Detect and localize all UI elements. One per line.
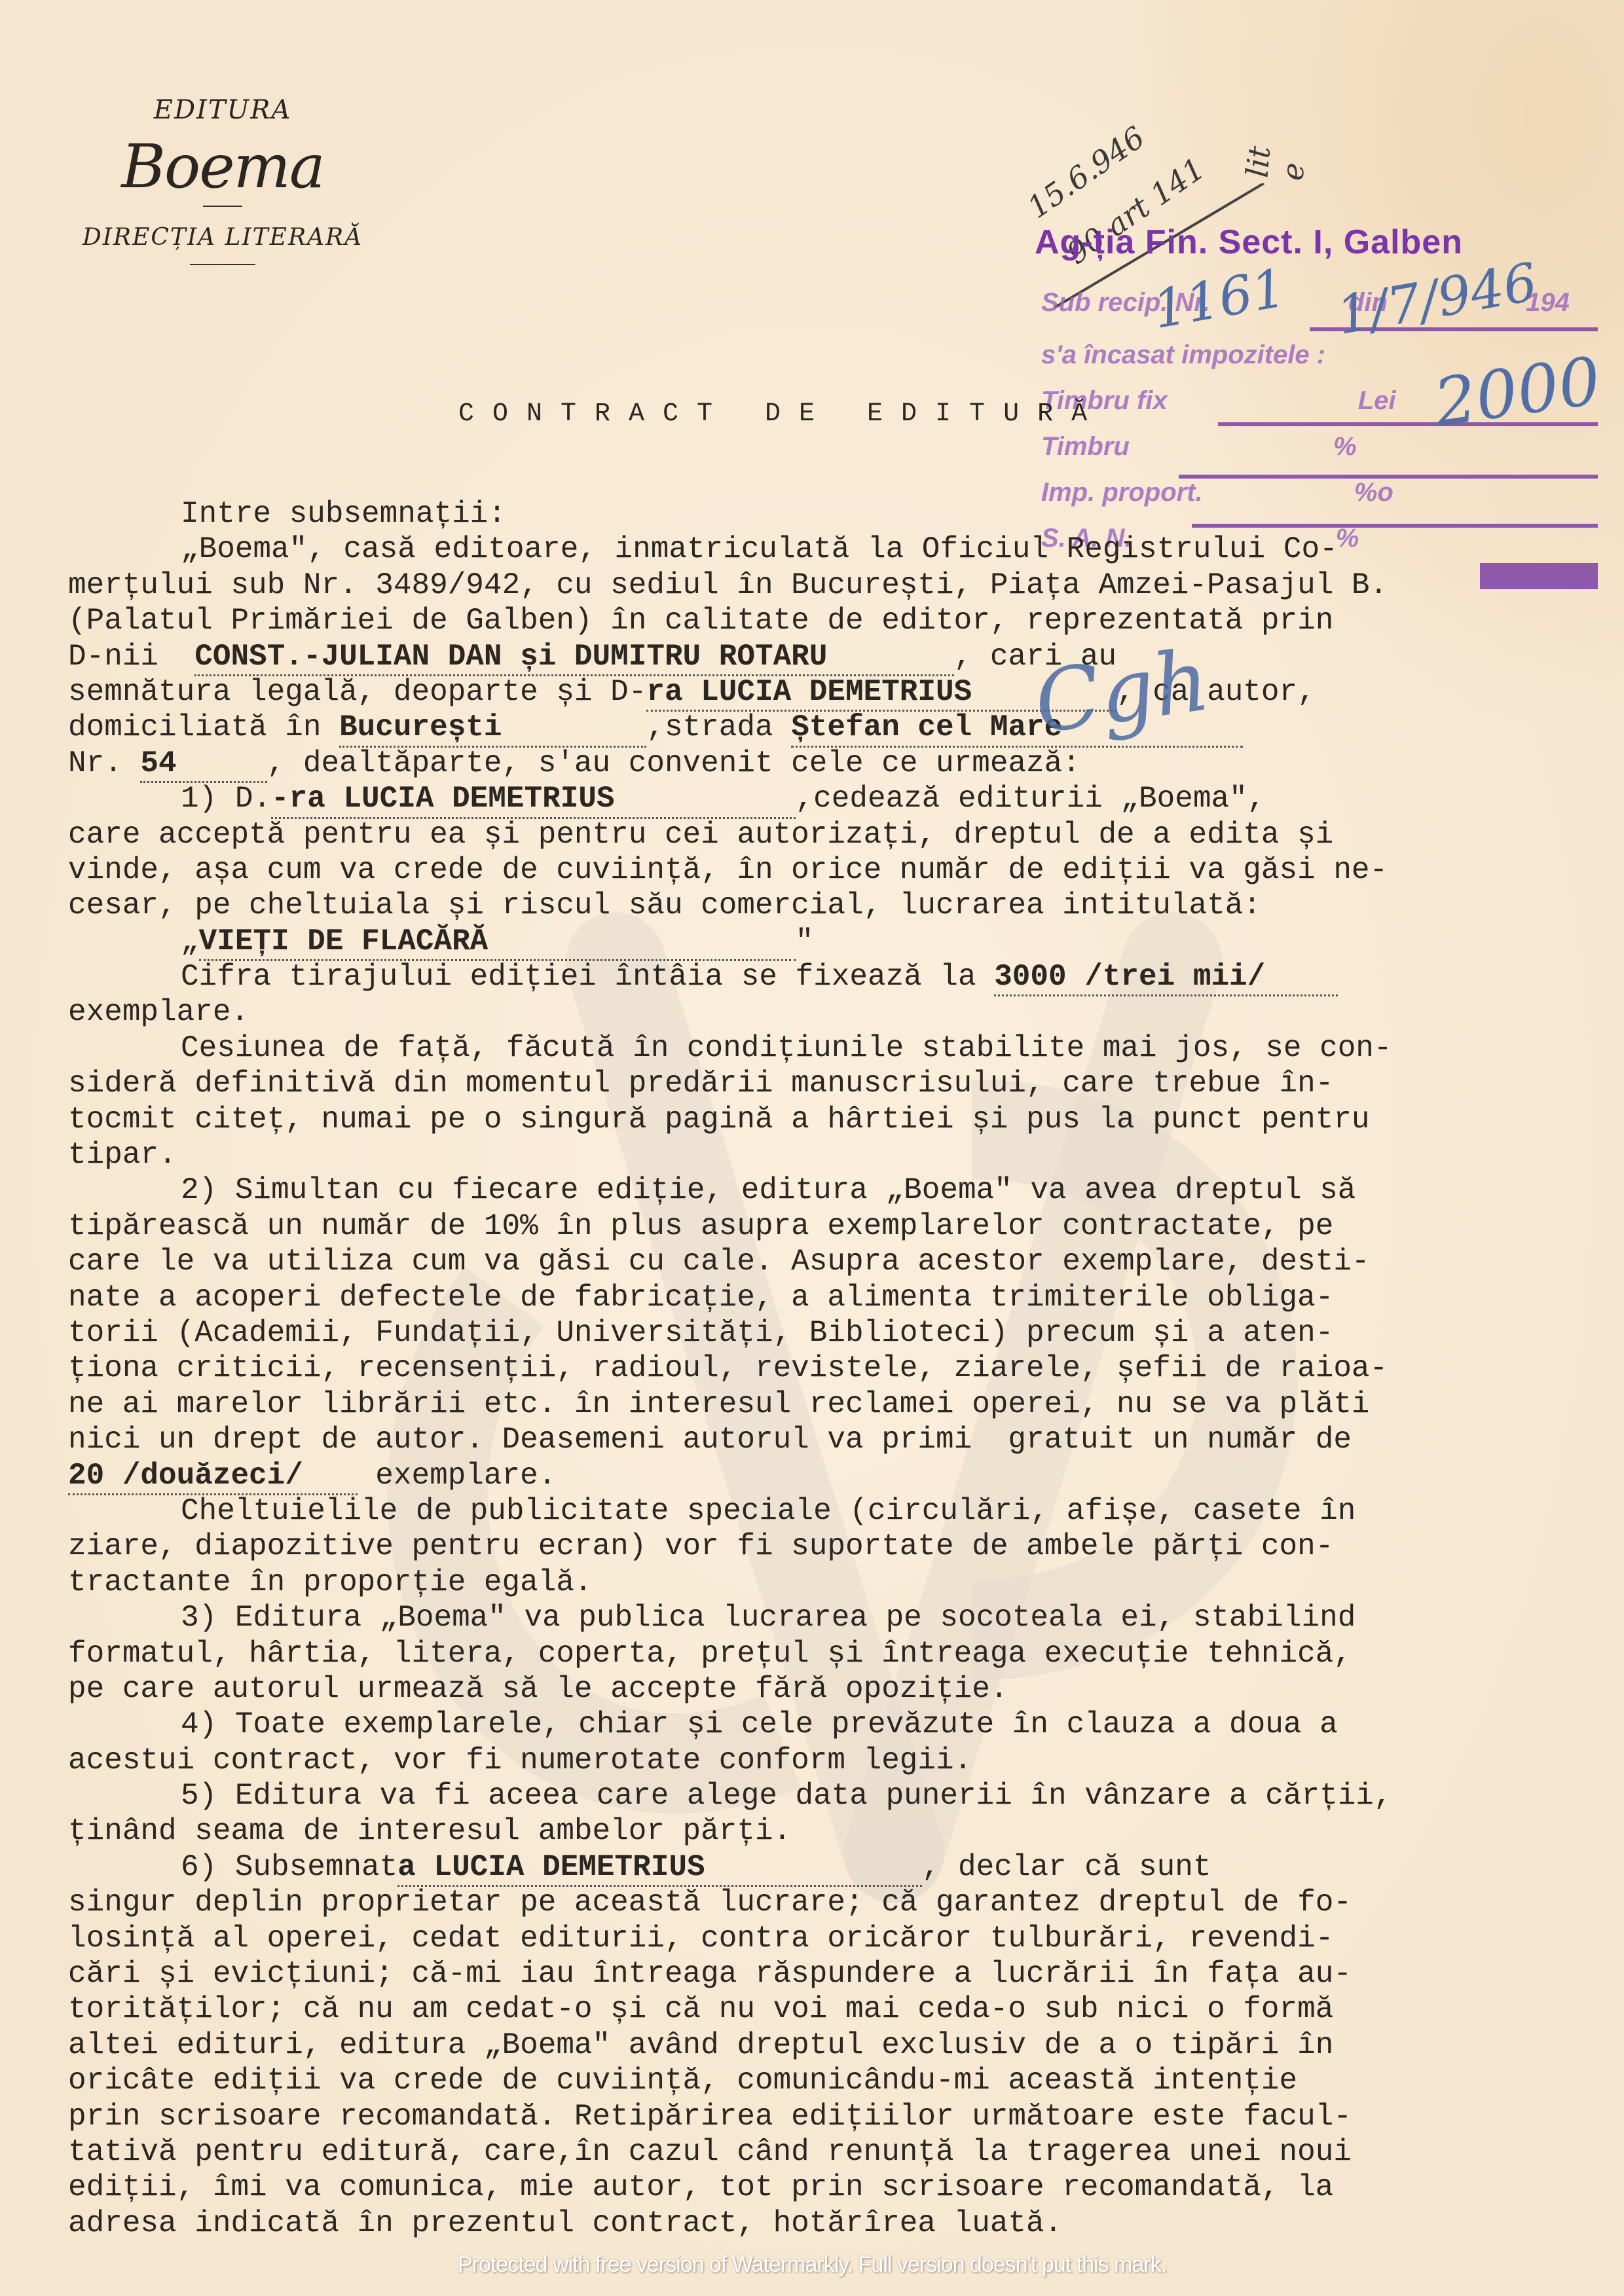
filled-field: 54 <box>140 746 267 783</box>
contract-text: nici un drept de autor. Deasemeni autoru… <box>68 1423 1352 1457</box>
contract-text: sideră definitivă din momentul predării … <box>68 1066 1333 1101</box>
contract-text: 4) Toate exemplarele, chiar și cele prev… <box>181 1707 1338 1741</box>
document-title: CONTRACT DE EDITURĂ <box>458 399 1105 429</box>
contract-line: 3) Editura „Boema" va publica lucrarea p… <box>68 1600 1476 1635</box>
filled-field: a LUCIA DEMETRIUS <box>397 1850 922 1887</box>
stamp-receipt-number: 1161 <box>1148 257 1290 340</box>
letterhead-editura: EDITURA <box>79 95 367 125</box>
contract-text: Nr. <box>68 746 140 780</box>
filled-field: București <box>339 710 646 747</box>
contract-line: singur deplin proprietar pe această lucr… <box>68 1885 1476 1920</box>
contract-text: torii (Academii, Fundații, Universități,… <box>68 1316 1333 1350</box>
contract-line: tipărească un număr de 10% în plus asupr… <box>68 1209 1476 1244</box>
contract-line: oricâte ediții va crede de cuviință, com… <box>68 2063 1476 2098</box>
contract-line: exemplare. <box>68 994 1476 1030</box>
contract-line: nici un drept de autor. Deasemeni autoru… <box>68 1422 1476 1457</box>
contract-text: 6) Subsemnat <box>181 1850 397 1884</box>
contract-line: Cifra tirajului ediției întâia se fixeaz… <box>68 959 1476 994</box>
contract-text: care le va utiliza cum va găsi cu cale. … <box>68 1245 1370 1279</box>
contract-line: Intre subsemnații: <box>68 496 1476 532</box>
contract-line: pe care autorul urmează să le accepte fă… <box>68 1671 1476 1707</box>
contract-text: nate a acoperi defectele de fabricație, … <box>68 1281 1333 1315</box>
contract-line: 5) Editura va fi aceea care alege data p… <box>68 1778 1476 1813</box>
contract-text: ,cedează editurii „Boema", <box>796 782 1266 816</box>
stamp-receipt-date: 1/7/946 <box>1332 251 1541 346</box>
contract-line: domiciliată în București ,strada Ștefan … <box>68 710 1476 745</box>
contract-text: tipar. <box>68 1138 177 1172</box>
contract-line: care le va utiliza cum va găsi cu cale. … <box>68 1244 1476 1279</box>
stamp-row-timbru: Timbru % <box>1041 432 1357 462</box>
contract-text: semnătura legală, deoparte și D- <box>68 675 646 709</box>
contract-text: D-nii <box>68 640 194 674</box>
contract-line: torităților; că nu am cedat-o și că nu v… <box>68 1992 1476 2027</box>
contract-text: 5) Editura va fi aceea care alege data p… <box>181 1779 1392 1813</box>
contract-line: ționa criticii, recensenții, radioul, re… <box>68 1351 1476 1386</box>
contract-text: exemplare. <box>68 995 249 1029</box>
contract-line: acestui contract, vor fi numerotate conf… <box>68 1743 1476 1778</box>
letterhead: EDITURA Boema DIRECȚIA LITERARĂ <box>79 95 367 265</box>
contract-line: care acceptă pentru ea și pentru cei aut… <box>68 817 1476 852</box>
contract-text: 1) D. <box>181 782 271 816</box>
contract-text: tipărească un număr de 10% în plus asupr… <box>68 1209 1333 1243</box>
contract-line: tipar. <box>68 1137 1476 1173</box>
contract-line: cesar, pe cheltuiala și riscul său comer… <box>68 888 1476 923</box>
contract-line: formatul, hârtia, litera, coperta, prețu… <box>68 1636 1476 1671</box>
contract-text: domiciliată în <box>68 710 339 744</box>
contract-text: merțului sub Nr. 3489/942, cu sediul în … <box>68 568 1388 602</box>
stamp-title: Ag-ția Fin. Sect. I, Galben <box>1035 223 1463 262</box>
contract-text: cesar, pe cheltuiala și riscul său comer… <box>68 888 1261 922</box>
contract-text: pe care autorul urmează să le accepte fă… <box>68 1672 1008 1706</box>
contract-text: cări și evicțiuni; că-mi iau întreaga ră… <box>68 1957 1352 1991</box>
contract-text: singur deplin proprietar pe această lucr… <box>68 1886 1352 1920</box>
contract-line: nate a acoperi defectele de fabricație, … <box>68 1280 1476 1315</box>
contract-line: altei edituri, editura „Boema" având dre… <box>68 2028 1476 2063</box>
filled-field: CONST.-JULIAN DAN și DUMITRU ROTARU <box>194 639 953 676</box>
contract-text: exemplare. <box>358 1459 557 1493</box>
contract-text: tativă pentru editură, care,în cazul cân… <box>68 2135 1352 2169</box>
contract-line: tractante în proporție egală. <box>68 1565 1476 1600</box>
contract-text: , declar că sunt <box>922 1850 1211 1884</box>
stamp-taxes-label: s'a încasat impozitele : <box>1041 340 1325 370</box>
contract-line: sideră definitivă din momentul predării … <box>68 1066 1476 1101</box>
contract-body: Intre subsemnații:„Boema", casă editoare… <box>68 496 1476 2241</box>
contract-text: Cesiunea de față, făcută în condițiunile… <box>181 1031 1392 1065</box>
contract-text: vinde, așa cum va crede de cuviință, în … <box>68 853 1388 887</box>
contract-text: 3) Editura „Boema" va publica lucrarea p… <box>181 1601 1356 1635</box>
contract-text: „ <box>181 924 199 958</box>
contract-text: „Boema", casă editoare, inmatriculată la… <box>181 532 1338 566</box>
contract-line: semnătura legală, deoparte și D-ra LUCIA… <box>68 674 1476 710</box>
contract-line: 6) Subsemnata LUCIA DEMETRIUS , declar c… <box>68 1850 1476 1885</box>
contract-line: losință al operei, cedat editurii, contr… <box>68 1921 1476 1956</box>
contract-line: „Boema", casă editoare, inmatriculată la… <box>68 532 1476 567</box>
contract-line: 20 /douăzeci/ exemplare. <box>68 1458 1476 1493</box>
contract-line: cări și evicțiuni; că-mi iau întreaga ră… <box>68 1956 1476 1992</box>
contract-line: vinde, așa cum va crede de cuviință, în … <box>68 852 1476 888</box>
contract-text: 2) Simultan cu fiecare ediție, editura „… <box>181 1173 1356 1207</box>
letterhead-division: DIRECȚIA LITERARĂ <box>79 224 367 251</box>
contract-text: Cifra tirajului ediției întâia se fixeaz… <box>181 960 994 994</box>
contract-line: „VIEȚI DE FLACĂRĂ " <box>68 924 1476 959</box>
contract-text: adresa indicată în prezentul contract, h… <box>68 2206 1062 2240</box>
footer-watermark: Protected with free version of Watermark… <box>0 2252 1624 2278</box>
contract-text: tocmit citeț, numai pe o singură pagină … <box>68 1102 1370 1137</box>
stamp-total-block <box>1480 563 1598 589</box>
contract-text: altei edituri, editura „Boema" având dre… <box>68 2028 1333 2062</box>
contract-text: prin scrisoare recomandată. Retipărirea … <box>68 2100 1352 2134</box>
contract-text: formatul, hârtia, litera, coperta, prețu… <box>68 1637 1352 1671</box>
letterhead-brand-logo: Boema <box>79 132 367 202</box>
contract-text: ționa criticii, recensenții, radioul, re… <box>68 1351 1388 1385</box>
contract-line: ziare, diapozitive pentru ecran) vor fi … <box>68 1529 1476 1564</box>
contract-line: D-nii CONST.-JULIAN DAN și DUMITRU ROTAR… <box>68 639 1476 674</box>
contract-line: prin scrisoare recomandată. Retipărirea … <box>68 2099 1476 2134</box>
filled-field: -ra LUCIA DEMETRIUS <box>271 781 796 818</box>
contract-line: Cesiunea de față, făcută în condițiunile… <box>68 1030 1476 1066</box>
contract-line: tativă pentru editură, care,în cazul cân… <box>68 2134 1476 2170</box>
contract-text: Cheltuielile de publicitate speciale (ci… <box>181 1494 1356 1528</box>
contract-text: ținând seama de interesul ambelor părți. <box>68 1814 791 1848</box>
contract-text: ,strada <box>646 710 791 744</box>
stamp-timbru-value: 2000 <box>1430 342 1605 441</box>
contract-text: torităților; că nu am cedat-o și că nu v… <box>68 1992 1333 2026</box>
contract-line: Cheltuielile de publicitate speciale (ci… <box>68 1493 1476 1529</box>
contract-line: ne ai marelor librării etc. în interesul… <box>68 1387 1476 1422</box>
letterhead-divider-bottom <box>190 264 255 265</box>
contract-line: Nr. 54 , dealtăparte, s'au convenit cele… <box>68 746 1476 781</box>
contract-line: 4) Toate exemplarele, chiar și cele prev… <box>68 1707 1476 1742</box>
contract-line: ediții, îmi va comunica, mie autor, tot … <box>68 2170 1476 2205</box>
contract-text: acestui contract, vor fi numerotate conf… <box>68 1743 972 1777</box>
contract-text: losință al operei, cedat editurii, contr… <box>68 1922 1333 1956</box>
contract-text: ediții, îmi va comunica, mie autor, tot … <box>68 2170 1333 2204</box>
letterhead-divider <box>203 206 242 207</box>
contract-line: (Palatul Primăriei de Galben) în calitat… <box>68 603 1476 638</box>
contract-text: oricâte ediții va crede de cuviință, com… <box>68 2064 1297 2098</box>
contract-text: care acceptă pentru ea și pentru cei aut… <box>68 818 1333 852</box>
filled-field: 20 /douăzeci/ <box>68 1458 358 1495</box>
contract-line: adresa indicată în prezentul contract, h… <box>68 2206 1476 2241</box>
contract-text: ziare, diapozitive pentru ecran) vor fi … <box>68 1529 1333 1563</box>
filled-field: 3000 /trei mii/ <box>994 959 1338 996</box>
contract-text: , dealtăparte, s'au convenit cele ce urm… <box>267 746 1080 780</box>
contract-line: 1) D.-ra LUCIA DEMETRIUS ,cedează editur… <box>68 781 1476 816</box>
contract-text: tractante în proporție egală. <box>68 1565 593 1599</box>
contract-text: " <box>796 924 814 958</box>
contract-line: ținând seama de interesul ambelor părți. <box>68 1813 1476 1849</box>
contract-line: tocmit citeț, numai pe o singură pagină … <box>68 1102 1476 1137</box>
contract-text: (Palatul Primăriei de Galben) în calitat… <box>68 604 1333 638</box>
contract-line: torii (Academii, Fundații, Universități,… <box>68 1315 1476 1351</box>
contract-line: merțului sub Nr. 3489/942, cu sediul în … <box>68 568 1476 603</box>
handnote-mark: lit e <box>1239 130 1314 182</box>
contract-text: Intre subsemnații: <box>181 497 506 531</box>
filled-field: VIEȚI DE FLACĂRĂ <box>199 924 796 961</box>
contract-text: ne ai marelor librării etc. în interesul… <box>68 1387 1370 1421</box>
contract-line: 2) Simultan cu fiecare ediție, editura „… <box>68 1173 1476 1208</box>
